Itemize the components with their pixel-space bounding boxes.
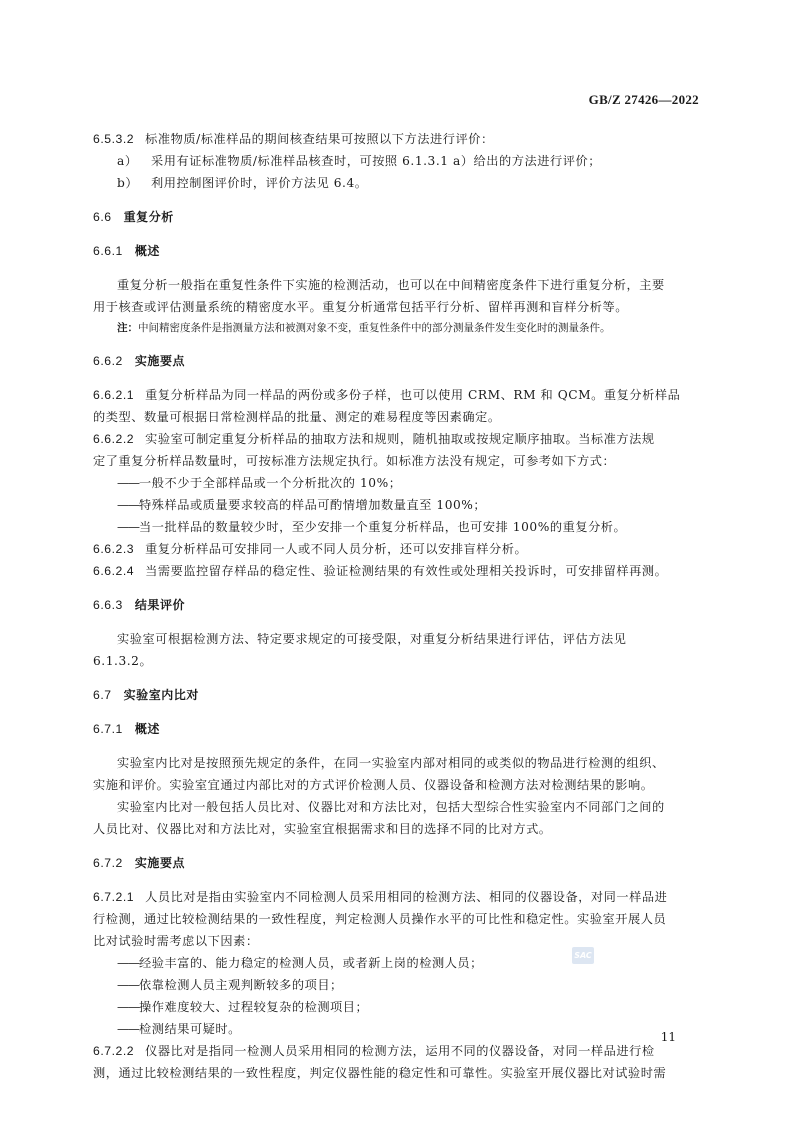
list-text: 特殊样品或质量要求较高的样品可酌情增加数量直至 100%； — [139, 498, 486, 512]
clause-number: 6.5.3.2 — [93, 132, 134, 146]
dash-list-item: ——检测结果可疑时。 — [93, 1018, 703, 1040]
clause-text: 仪器比对是指同一检测人员采用相同的检测方法，运用不同的仪器设备，对同一样品进行检 — [145, 1044, 655, 1058]
section-heading-6-6-3: 6.6.3结果评价 — [93, 594, 703, 616]
section-number: 6.7.1 — [93, 722, 123, 736]
list-text: 操作难度较大、过程较复杂的检测项目； — [139, 1000, 368, 1014]
note: 注：中间精密度条件是指测量方法和被测对象不变，重复性条件中的部分测量条件发生变化… — [93, 318, 703, 338]
page-number: 11 — [661, 1030, 676, 1044]
paragraph-line: 测，通过比较检测结果的一致性程度，判定仪器性能的稳定性和可靠性。实验室开展仪器比… — [93, 1062, 703, 1084]
section-number: 6.6.3 — [93, 598, 123, 612]
clause-number: 6.6.2.1 — [93, 388, 134, 402]
clause-6-6-2-4: 6.6.2.4当需要监控留存样品的稳定性、验证检测结果的有效性或处理相关投诉时，… — [93, 560, 703, 582]
list-text: 经验丰富的、能力稳定的检测人员，或者新上岗的检测人员； — [139, 956, 483, 970]
paragraph-line: 实验室内比对一般包括人员比对、仪器比对和方法比对，包括大型综合性实验室内不同部门… — [93, 796, 703, 818]
clause-6-6-2-1: 6.6.2.1重复分析样品为同一样品的两份或多份子样，也可以使用 CRM、RM … — [93, 384, 703, 406]
dash-bullet: —— — [117, 476, 139, 490]
clause-text: 人员比对是指由实验室内不同检测人员采用相同的检测方法、相同的仪器设备，对同一样品… — [145, 890, 667, 904]
clause-text: 实验室可制定重复分析样品的抽取方法和规则，随机抽取或按规定顺序抽取。当标准方法规 — [145, 432, 655, 446]
paragraph-line: 实验室内比对是按照预先规定的条件，在同一实验室内部对相同的或类似的物品进行检测的… — [93, 752, 703, 774]
clause-6-5-3-2: 6.5.3.2标准物质/标准样品的期间核查结果可按照以下方法进行评价： — [93, 128, 703, 150]
section-heading-6-7: 6.7实验室内比对 — [93, 684, 703, 706]
standard-number: GB/Z 27426—2022 — [589, 92, 699, 108]
section-title: 结果评价 — [135, 598, 185, 612]
document-body: 6.5.3.2标准物质/标准样品的期间核查结果可按照以下方法进行评价： a）采用… — [93, 128, 703, 1084]
list-text: 一般不少于全部样品或一个分析批次的 10%； — [139, 476, 401, 490]
paragraph-line: 用于核查或评估测量系统的精密度水平。重复分析通常包括平行分析、留样再测和盲样分析… — [93, 296, 703, 318]
section-number: 6.7.2 — [93, 856, 123, 870]
watermark-logo: SAC — [572, 947, 594, 964]
section-heading-6-7-2: 6.7.2实施要点 — [93, 852, 703, 874]
section-title: 实施要点 — [135, 856, 185, 870]
list-text: 采用有证标准物质/标准样品核查时，可按照 6.1.3.1 a）给出的方法进行评价… — [151, 154, 601, 168]
paragraph-line: 实施和评价。实验室宜通过内部比对的方式评价检测人员、仪器设备和检测方法对检测结果… — [93, 774, 703, 796]
note-text: 中间精密度条件是指测量方法和被测对象不变，重复性条件中的部分测量条件发生变化时的… — [138, 322, 611, 334]
paragraph-line: 的类型、数量可根据日常检测样品的批量、测定的难易程度等因素确定。 — [93, 406, 703, 428]
dash-bullet: —— — [117, 498, 139, 512]
clause-text: 重复分析样品为同一样品的两份或多份子样，也可以使用 CRM、RM 和 QCM。重… — [145, 388, 680, 402]
list-text: 检测结果可疑时。 — [139, 1022, 241, 1036]
paragraph-line: 行检测，通过比较检测结果的一致性程度，判定检测人员操作水平的可比性和稳定性。实验… — [93, 908, 703, 930]
list-item-a: a）采用有证标准物质/标准样品核查时，可按照 6.1.3.1 a）给出的方法进行… — [93, 150, 703, 172]
list-item-b: b）利用控制图评价时，评价方法见 6.4。 — [93, 172, 703, 194]
paragraph-line: 6.1.3.2。 — [93, 650, 703, 672]
section-title: 概述 — [135, 722, 160, 736]
paragraph-line: 重复分析一般指在重复性条件下实施的检测活动，也可以在中间精密度条件下进行重复分析… — [93, 274, 703, 296]
clause-number: 6.6.2.4 — [93, 564, 134, 578]
list-text: 利用控制图评价时，评价方法见 6.4。 — [151, 176, 368, 190]
paragraph-line: 实验室可根据检测方法、特定要求规定的可接受限，对重复分析结果进行评估，评估方法见 — [93, 628, 703, 650]
paragraph-line: 比对试验时需考虑以下因素： — [93, 930, 703, 952]
dash-list-item: ——经验丰富的、能力稳定的检测人员，或者新上岗的检测人员； — [93, 952, 703, 974]
paragraph-line: 人员比对、仪器比对和方法比对，实验室宜根据需求和目的选择不同的比对方式。 — [93, 818, 703, 840]
section-heading-6-6-1: 6.6.1概述 — [93, 240, 703, 262]
paragraph-line: 定了重复分析样品数量时，可按标准方法规定执行。如标准方法没有规定，可参考如下方式… — [93, 450, 703, 472]
dash-list-item: ——操作难度较大、过程较复杂的检测项目； — [93, 996, 703, 1018]
dash-bullet: —— — [117, 520, 139, 534]
clause-text: 当需要监控留存样品的稳定性、验证检测结果的有效性或处理相关投诉时，可安排留样再测… — [145, 564, 667, 578]
clause-number: 6.6.2.3 — [93, 542, 134, 556]
dash-list-item: ——依靠检测人员主观判断较多的项目； — [93, 974, 703, 996]
section-heading-6-6-2: 6.6.2实施要点 — [93, 350, 703, 372]
clause-number: 6.7.2.1 — [93, 890, 134, 904]
dash-bullet: —— — [117, 956, 139, 970]
dash-list-item: ——一般不少于全部样品或一个分析批次的 10%； — [93, 472, 703, 494]
section-title: 实施要点 — [135, 354, 185, 368]
dash-bullet: —— — [117, 978, 139, 992]
section-number: 6.6.1 — [93, 244, 123, 258]
section-number: 6.6 — [93, 210, 112, 224]
section-title: 实验室内比对 — [124, 688, 199, 702]
section-number: 6.6.2 — [93, 354, 123, 368]
dash-bullet: —— — [117, 1000, 139, 1014]
section-heading-6-7-1: 6.7.1概述 — [93, 718, 703, 740]
section-heading-6-6: 6.6重复分析 — [93, 206, 703, 228]
section-title: 重复分析 — [124, 210, 174, 224]
clause-6-7-2-1: 6.7.2.1人员比对是指由实验室内不同检测人员采用相同的检测方法、相同的仪器设… — [93, 886, 703, 908]
list-text: 当一批样品的数量较少时，至少安排一个重复分析样品，也可安排 100%的重复分析。 — [139, 520, 626, 534]
dash-list-item: ——当一批样品的数量较少时，至少安排一个重复分析样品，也可安排 100%的重复分… — [93, 516, 703, 538]
clause-6-6-2-2: 6.6.2.2实验室可制定重复分析样品的抽取方法和规则，随机抽取或按规定顺序抽取… — [93, 428, 703, 450]
clause-text: 标准物质/标准样品的期间核查结果可按照以下方法进行评价： — [145, 132, 494, 146]
list-label: a） — [117, 150, 151, 172]
clause-number: 6.7.2.2 — [93, 1044, 134, 1058]
section-title: 概述 — [135, 244, 160, 258]
clause-6-6-2-3: 6.6.2.3重复分析样品可安排同一人或不同人员分析，还可以安排盲样分析。 — [93, 538, 703, 560]
clause-number: 6.6.2.2 — [93, 432, 134, 446]
list-text: 依靠检测人员主观判断较多的项目； — [139, 978, 343, 992]
note-label: 注： — [117, 322, 138, 334]
dash-bullet: —— — [117, 1022, 139, 1036]
clause-6-7-2-2: 6.7.2.2仪器比对是指同一检测人员采用相同的检测方法，运用不同的仪器设备，对… — [93, 1040, 703, 1062]
clause-text: 重复分析样品可安排同一人或不同人员分析，还可以安排盲样分析。 — [145, 542, 527, 556]
list-label: b） — [117, 172, 151, 194]
dash-list-item: ——特殊样品或质量要求较高的样品可酌情增加数量直至 100%； — [93, 494, 703, 516]
section-number: 6.7 — [93, 688, 112, 702]
